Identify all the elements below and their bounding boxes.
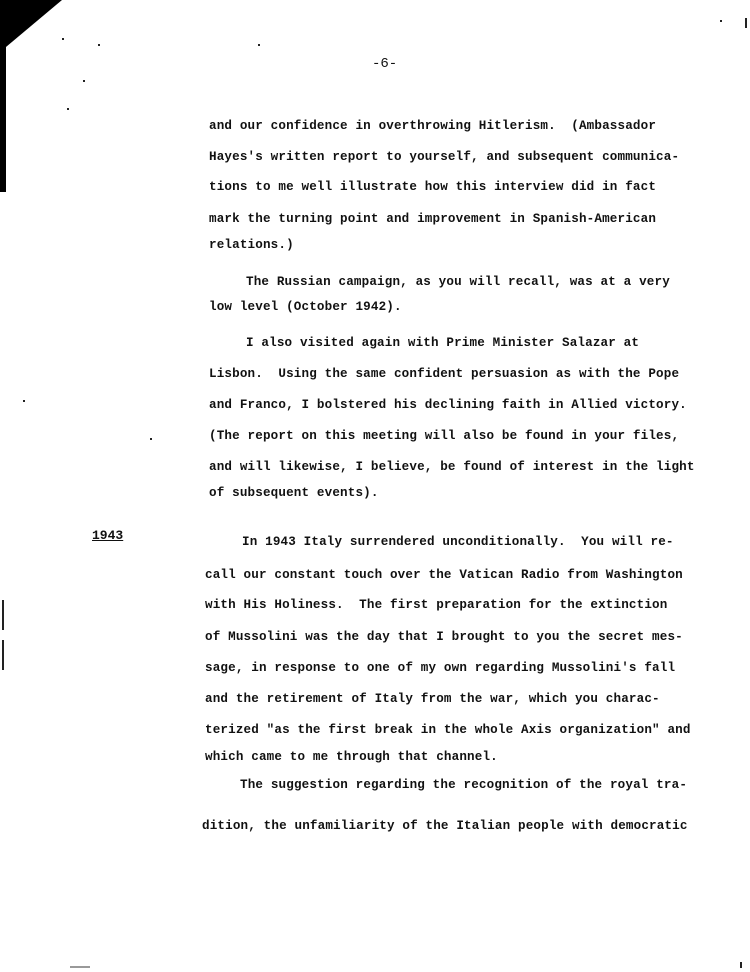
- text-line: dition, the unfamiliarity of the Italian…: [202, 819, 688, 833]
- scan-speck: [745, 18, 747, 28]
- scan-speck: [2, 600, 4, 630]
- text-line: I also visited again with Prime Minister…: [246, 336, 639, 350]
- scan-speck: [70, 966, 90, 968]
- text-line: Hayes's written report to yourself, and …: [209, 150, 679, 164]
- scan-speck: [23, 400, 25, 402]
- text-line: sage, in response to one of my own regar…: [205, 661, 675, 675]
- text-line: of Mussolini was the day that I brought …: [205, 630, 683, 644]
- text-line: and Franco, I bolstered his declining fa…: [209, 398, 687, 412]
- text-line: relations.): [209, 238, 294, 252]
- text-line: which came to me through that channel.: [205, 750, 498, 764]
- text-line: and our confidence in overthrowing Hitle…: [209, 119, 656, 133]
- scan-speck: [150, 438, 152, 440]
- text-line: with His Holiness. The first preparation…: [205, 598, 667, 612]
- document-page: -6- 1943 and our confidence in overthrow…: [0, 0, 750, 972]
- text-line: and will likewise, I believe, be found o…: [209, 460, 695, 474]
- scan-edge-shadow: [0, 0, 62, 52]
- text-line: call our constant touch over the Vatican…: [205, 568, 683, 582]
- margin-year-note: 1943: [92, 528, 123, 543]
- text-line: tions to me well illustrate how this int…: [209, 180, 656, 194]
- scan-speck: [2, 640, 4, 670]
- text-line: Lisbon. Using the same confident persuas…: [209, 367, 679, 381]
- text-line: The Russian campaign, as you will recall…: [246, 275, 670, 289]
- text-line: mark the turning point and improvement i…: [209, 212, 656, 226]
- text-line: terized "as the first break in the whole…: [205, 723, 691, 737]
- scan-speck: [62, 38, 64, 40]
- scan-speck: [720, 20, 722, 22]
- scan-speck: [98, 44, 100, 46]
- page-number: -6-: [372, 56, 397, 72]
- scan-speck: [67, 108, 69, 110]
- text-line: In 1943 Italy surrendered unconditionall…: [242, 535, 674, 549]
- scan-speck: [258, 44, 260, 46]
- scan-edge-stripe: [0, 40, 6, 192]
- text-line: The suggestion regarding the recognition…: [240, 778, 687, 792]
- text-line: low level (October 1942).: [209, 300, 402, 314]
- text-line: of subsequent events).: [209, 486, 379, 500]
- scan-speck: [740, 962, 742, 968]
- text-line: and the retirement of Italy from the war…: [205, 692, 660, 706]
- scan-speck: [83, 80, 85, 82]
- text-line: (The report on this meeting will also be…: [209, 429, 679, 443]
